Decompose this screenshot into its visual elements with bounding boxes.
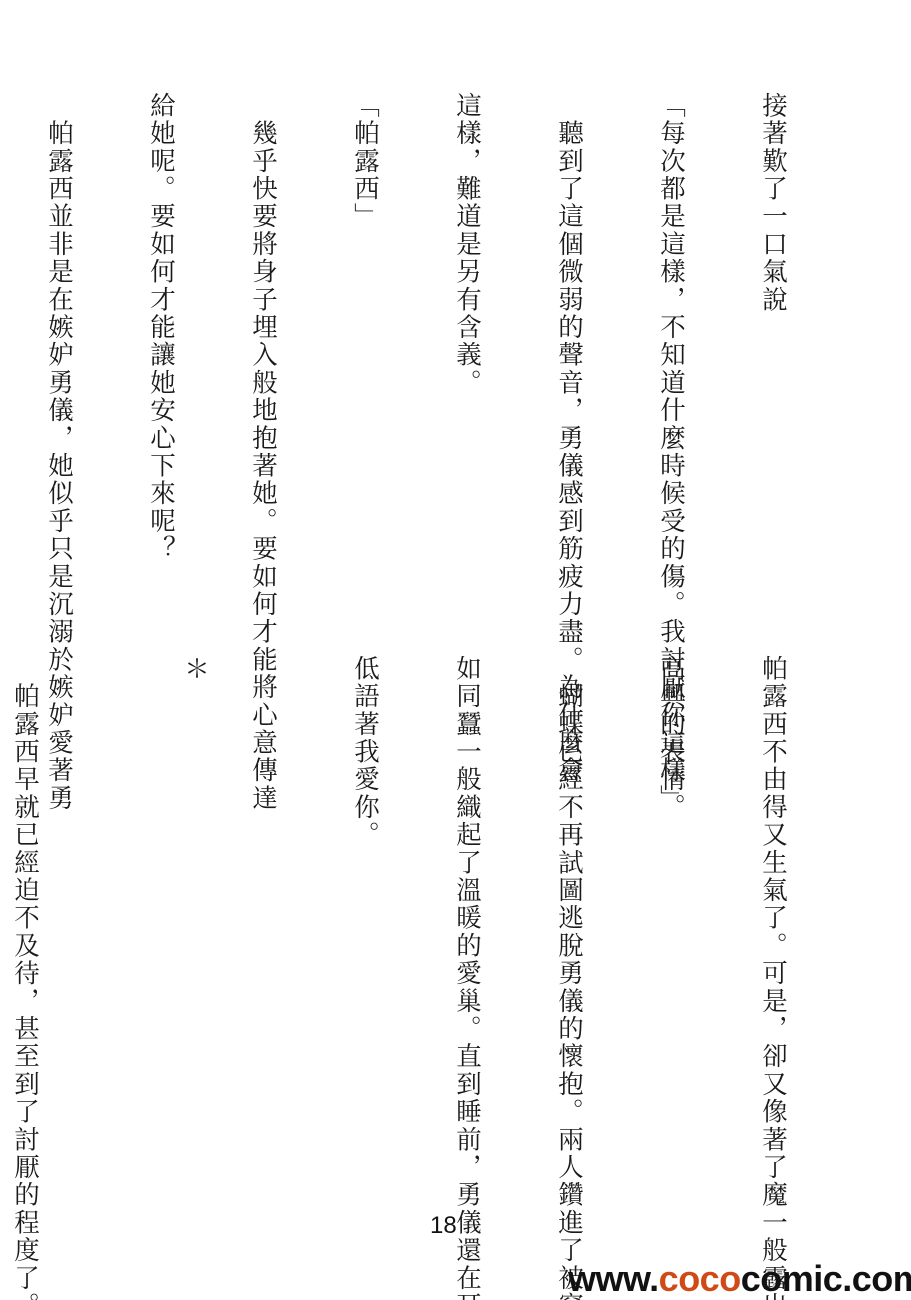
text-line: 如同蠶一般織起了溫暖的愛巢。直到睡前，勇儀還在耳邊細聲: [450, 655, 484, 1175]
page-number: 18: [430, 1212, 457, 1240]
watermark-prefix: www.: [568, 1258, 659, 1299]
text-block-top: 接著歎了一口氣說 「每次都是這樣，不知道什麼時候受的傷。我討厭你這樣」 聽到了這…: [78, 92, 858, 612]
text-line: 「帕露西」: [348, 92, 382, 612]
text-line: 給她呢。要如何才能讓她安心下來呢？: [144, 92, 178, 612]
text-line: 蝴蝶已經不再試圖逃脫勇儀的懷抱。兩人鑽進了被窩中，: [552, 655, 586, 1175]
section-break-asterisk: ＊: [178, 655, 212, 1175]
text-line: 低語著我愛你。: [348, 655, 382, 1175]
text-line: 帕露西不由得又生氣了。可是，卻又像著了魔一般露出一副: [756, 655, 790, 1175]
text-line: 這樣，難道是另有含義。: [450, 92, 484, 612]
watermark-suffix: comic.com: [741, 1258, 911, 1299]
site-watermark: www.cococomic.com: [568, 1258, 911, 1300]
text-line: 「每次都是這樣，不知道什麼時候受的傷。我討厭你這樣」: [654, 92, 688, 612]
book-page: 接著歎了一口氣說 「每次都是這樣，不知道什麼時候受的傷。我討厭你這樣」 聽到了這…: [0, 0, 911, 1300]
text-line: 高興的表情。: [654, 655, 688, 1175]
text-line: 聽到了這個微弱的聲音，勇儀感到筋疲力盡。為什麼會: [552, 92, 586, 612]
text-line: 帕露西早就已經迫不及待，甚至到了討厭的程度了。勇儀的: [8, 655, 42, 1175]
watermark-accent: coco: [659, 1258, 741, 1299]
text-line: 帕露西並非是在嫉妒勇儀，她似乎只是沉溺於嫉妒愛著勇: [42, 92, 76, 612]
text-line: 幾乎快要將身子埋入般地抱著她。要如何才能將心意傳達: [246, 92, 280, 612]
text-line: 接著歎了一口氣說: [756, 92, 790, 612]
text-block-bottom: 帕露西不由得又生氣了。可是，卻又像著了魔一般露出一副 高興的表情。 蝴蝶已經不再…: [78, 655, 858, 1175]
